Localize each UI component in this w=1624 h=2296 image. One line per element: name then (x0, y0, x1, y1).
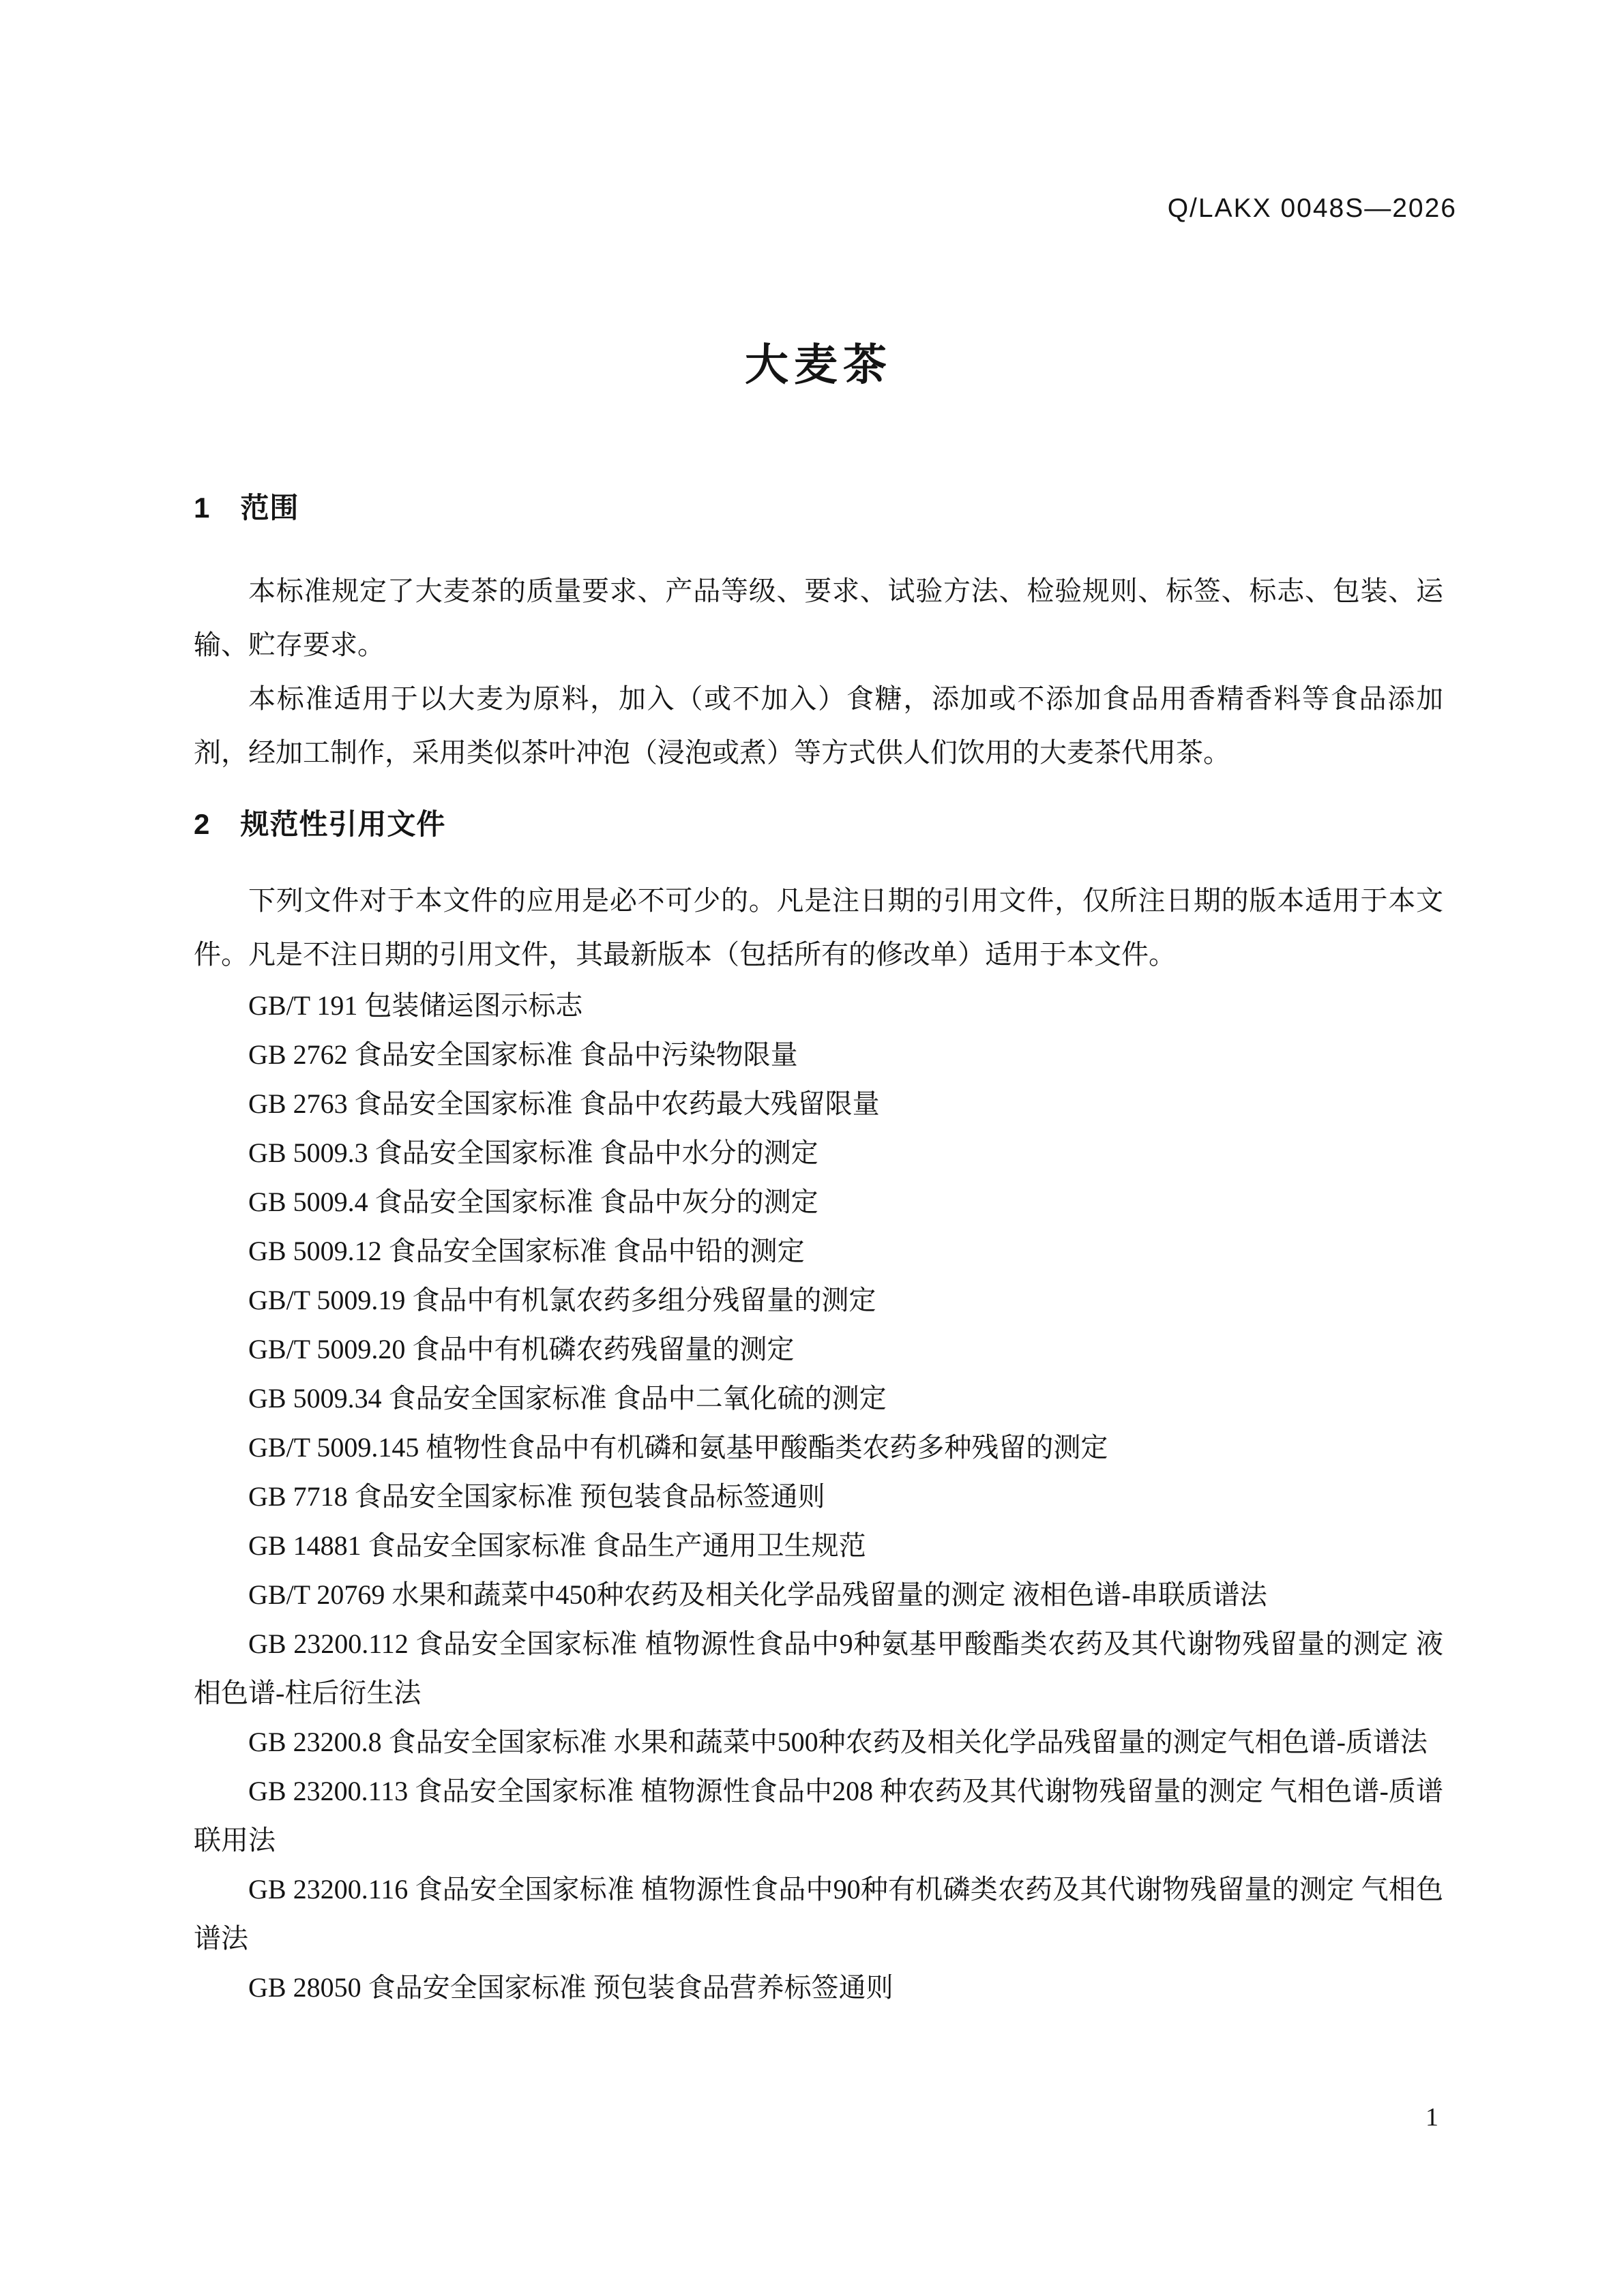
document-page: Q/LAKX 0048S—2026 大麦茶 1范围 本标准规定了大麦茶的质量要求… (0, 0, 1624, 2296)
paragraph: 下列文件对于本文件的应用是必不可少的。凡是注日期的引用文件，仅所注日期的版本适用… (194, 874, 1443, 981)
reference-list: GB/T 191 包装储运图示标志GB 2762 食品安全国家标准 食品中污染物… (194, 981, 1443, 2012)
section-number: 2 (194, 804, 210, 845)
reference-item: GB 23200.8 食品安全国家标准 水果和蔬菜中500种农药及相关化学品残留… (194, 1718, 1443, 1767)
reference-item: GB 5009.4 食品安全国家标准 食品中灰分的测定 (194, 1178, 1443, 1227)
reference-item: GB/T 191 包装储运图示标志 (194, 981, 1443, 1030)
section-heading-label: 规范性引用文件 (240, 808, 445, 840)
reference-item: GB/T 20769 水果和蔬菜中450种农药及相关化学品残留量的测定 液相色谱… (194, 1570, 1443, 1620)
section-heading-label: 范围 (240, 492, 299, 524)
reference-item: GB 5009.12 食品安全国家标准 食品中铅的测定 (194, 1227, 1443, 1276)
reference-item: GB 2762 食品安全国家标准 食品中污染物限量 (194, 1030, 1443, 1079)
paragraph: 本标准规定了大麦茶的质量要求、产品等级、要求、试验方法、检验规则、标签、标志、包… (194, 564, 1443, 672)
references-intro: 下列文件对于本文件的应用是必不可少的。凡是注日期的引用文件，仅所注日期的版本适用… (194, 874, 1443, 981)
reference-item: GB 28050 食品安全国家标准 预包装食品营养标签通则 (194, 1963, 1443, 2012)
reference-item: GB 5009.3 食品安全国家标准 食品中水分的测定 (194, 1129, 1443, 1178)
scope-paragraphs: 本标准规定了大麦茶的质量要求、产品等级、要求、试验方法、检验规则、标签、标志、包… (194, 564, 1443, 779)
reference-item: GB/T 5009.20 食品中有机磷农药残留量的测定 (194, 1325, 1443, 1374)
section-heading-scope: 1范围 (194, 488, 1443, 528)
reference-item: GB/T 5009.145 植物性食品中有机磷和氨基甲酸酯类农药多种残留的测定 (194, 1423, 1443, 1472)
reference-item: GB 23200.116 食品安全国家标准 植物源性食品中90种有机磷类农药及其… (194, 1865, 1443, 1963)
section-number: 1 (194, 488, 210, 528)
section-heading-references: 2规范性引用文件 (194, 804, 1443, 845)
page-number: 1 (1426, 2102, 1438, 2133)
reference-item: GB 5009.34 食品安全国家标准 食品中二氧化硫的测定 (194, 1374, 1443, 1423)
reference-item: GB 14881 食品安全国家标准 食品生产通用卫生规范 (194, 1521, 1443, 1570)
reference-item: GB/T 5009.19 食品中有机氯农药多组分残留量的测定 (194, 1276, 1443, 1325)
section-normative-references: 2规范性引用文件 下列文件对于本文件的应用是必不可少的。凡是注日期的引用文件，仅… (194, 804, 1443, 2012)
section-scope: 1范围 本标准规定了大麦茶的质量要求、产品等级、要求、试验方法、检验规则、标签、… (194, 488, 1443, 779)
document-title: 大麦茶 (194, 332, 1443, 398)
reference-item: GB 23200.112 食品安全国家标准 植物源性食品中9种氨基甲酸酯类农药及… (194, 1620, 1443, 1718)
reference-item: GB 23200.113 食品安全国家标准 植物源性食品中208 种农药及其代谢… (194, 1767, 1443, 1865)
reference-item: GB 7718 食品安全国家标准 预包装食品标签通则 (194, 1472, 1443, 1521)
paragraph: 本标准适用于以大麦为原料，加入（或不加入）食糖，添加或不添加食品用香精香料等食品… (194, 672, 1443, 779)
standard-code-header: Q/LAKX 0048S—2026 (194, 193, 1457, 224)
reference-item: GB 2763 食品安全国家标准 食品中农药最大残留限量 (194, 1079, 1443, 1129)
